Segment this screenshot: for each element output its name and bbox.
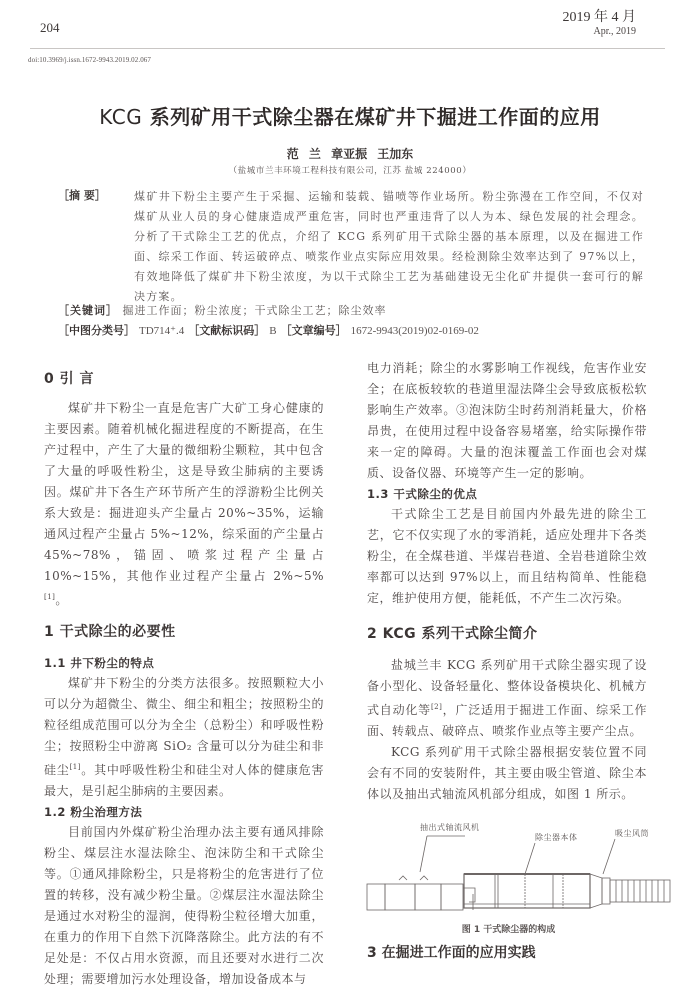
section-0-text: 煤矿井下粉尘一直是危害广大矿工身心健康的主要因素。随着机械化掘进程度的不断提高，…	[44, 401, 324, 583]
affiliation: （盐城市兰丰环境工程科技有限公司，江苏 盐城 224000）	[0, 164, 700, 176]
article-no-label: ［文章编号］	[281, 324, 347, 337]
section-2-heading: 2 KCG 系列干式除尘简介	[367, 623, 647, 645]
issue-date-cn: 2019 年 4 月	[563, 6, 637, 26]
figure-1-dust-collector-diagram: 抽出式轴流风机 除尘器本体 吸尘风筒	[365, 822, 685, 914]
section-1-2-heading: 1.2 粉尘治理方法	[44, 802, 324, 822]
clc-value: TD714⁺.4	[139, 325, 184, 337]
right-column: 电力消耗；除尘的水雾影响工作视线，危害作业安全；在底板较软的巷道里湿法降尘会导致…	[367, 358, 647, 805]
section-0-heading: 0 引 言	[44, 368, 324, 390]
continued-paragraph: 电力消耗；除尘的水雾影响工作视线，危害作业安全；在底板较软的巷道里湿法降尘会导致…	[367, 358, 647, 484]
dust-collector-drawing	[365, 822, 685, 914]
page-number: 204	[40, 20, 60, 36]
abstract-text: 煤矿井下粉尘主要产生于采掘、运输和装载、锚喷等作业场所。粉尘弥漫在工作空间，不仅…	[134, 187, 644, 307]
keywords: ［关键词］ 掘进工作面；粉尘浓度；干式除尘工艺；除尘效率	[58, 302, 387, 318]
section-0-paragraph: 煤矿井下粉尘一直是危害广大矿工身心健康的主要因素。随着机械化掘进程度的不断提高，…	[44, 398, 324, 611]
title-cn-part: 系列矿用干式除尘器在煤矿井下掘进工作面的应用	[142, 105, 600, 129]
keywords-label: ［关键词］	[58, 304, 118, 317]
section-1-3-paragraph: 干式除尘工艺是目前国内外最先进的除尘工艺，它不仅实现了水的零消耗，适应处理井下各…	[367, 504, 647, 609]
citation-1b: [1]	[70, 763, 81, 771]
header-rule	[30, 48, 665, 49]
citation-2: [2]	[431, 703, 442, 711]
classification-line: ［中图分类号］TD714⁺.4［文献标识码］B［文章编号］1672-9943(2…	[58, 322, 483, 338]
section-1-1-text: 煤矿井下粉尘的分类方法很多。按照颗粒大小可以分为超微尘、微尘、细尘和粗尘；按照粉…	[44, 676, 324, 777]
section-2-paragraph-2: KCG 系列矿用干式除尘器根据安装位置不同会有不同的安装附件，其主要由吸尘管道、…	[367, 742, 647, 805]
section-3-heading: 3 在掘进工作面的应用实践	[367, 942, 536, 964]
section-1-1-paragraph: 煤矿井下粉尘的分类方法很多。按照颗粒大小可以分为超微尘、微尘、细尘和粗尘；按照粉…	[44, 673, 324, 802]
article-title: KCG 系列矿用干式除尘器在煤矿井下掘进工作面的应用	[0, 101, 700, 130]
doi: doi:10.3969/j.issn.1672-9943.2019.02.067	[28, 56, 151, 64]
section-1-heading: 1 干式除尘的必要性	[44, 621, 324, 643]
section-1-1-text-end: 。其中呼吸性粉尘和硅尘对人体的健康危害最大，是引起尘肺病的主要因素。	[44, 763, 324, 798]
doc-code-label: ［文献标识码］	[188, 324, 265, 337]
figure-1-caption: 图 1 干式除尘器的构成	[367, 922, 650, 935]
section-1-2-paragraph: 目前国内外煤矿粉尘治理办法主要有通风排除粉尘、煤层注水湿法除尘、泡沫防尘和干式除…	[44, 822, 324, 990]
issue-date-en: Apr., 2019	[594, 26, 637, 37]
left-column: 0 引 言 煤矿井下粉尘一直是危害广大矿工身心健康的主要因素。随着机械化掘进程度…	[44, 368, 324, 990]
doc-code-value: B	[269, 325, 276, 337]
title-en-part: KCG	[99, 105, 142, 129]
section-1-1-heading: 1.1 井下粉尘的特点	[44, 653, 324, 673]
article-no-value: 1672-9943(2019)02-0169-02	[351, 325, 479, 337]
abstract-label: ［摘 要］	[58, 187, 106, 203]
clc-label: ［中图分类号］	[58, 324, 135, 337]
citation-1: [1]	[44, 593, 55, 601]
keywords-text: 掘进工作面；粉尘浓度；干式除尘工艺；除尘效率	[123, 304, 387, 317]
section-0-text-end: 。	[55, 593, 68, 607]
authors: 范 兰 章亚振 王加东	[0, 145, 700, 162]
section-1-3-heading: 1.3 干式除尘的优点	[367, 484, 647, 504]
section-2-paragraph-1: 盐城兰丰 KCG 系列矿用干式除尘器实现了设备小型化、设备轻量化、整体设备模块化…	[367, 655, 647, 742]
